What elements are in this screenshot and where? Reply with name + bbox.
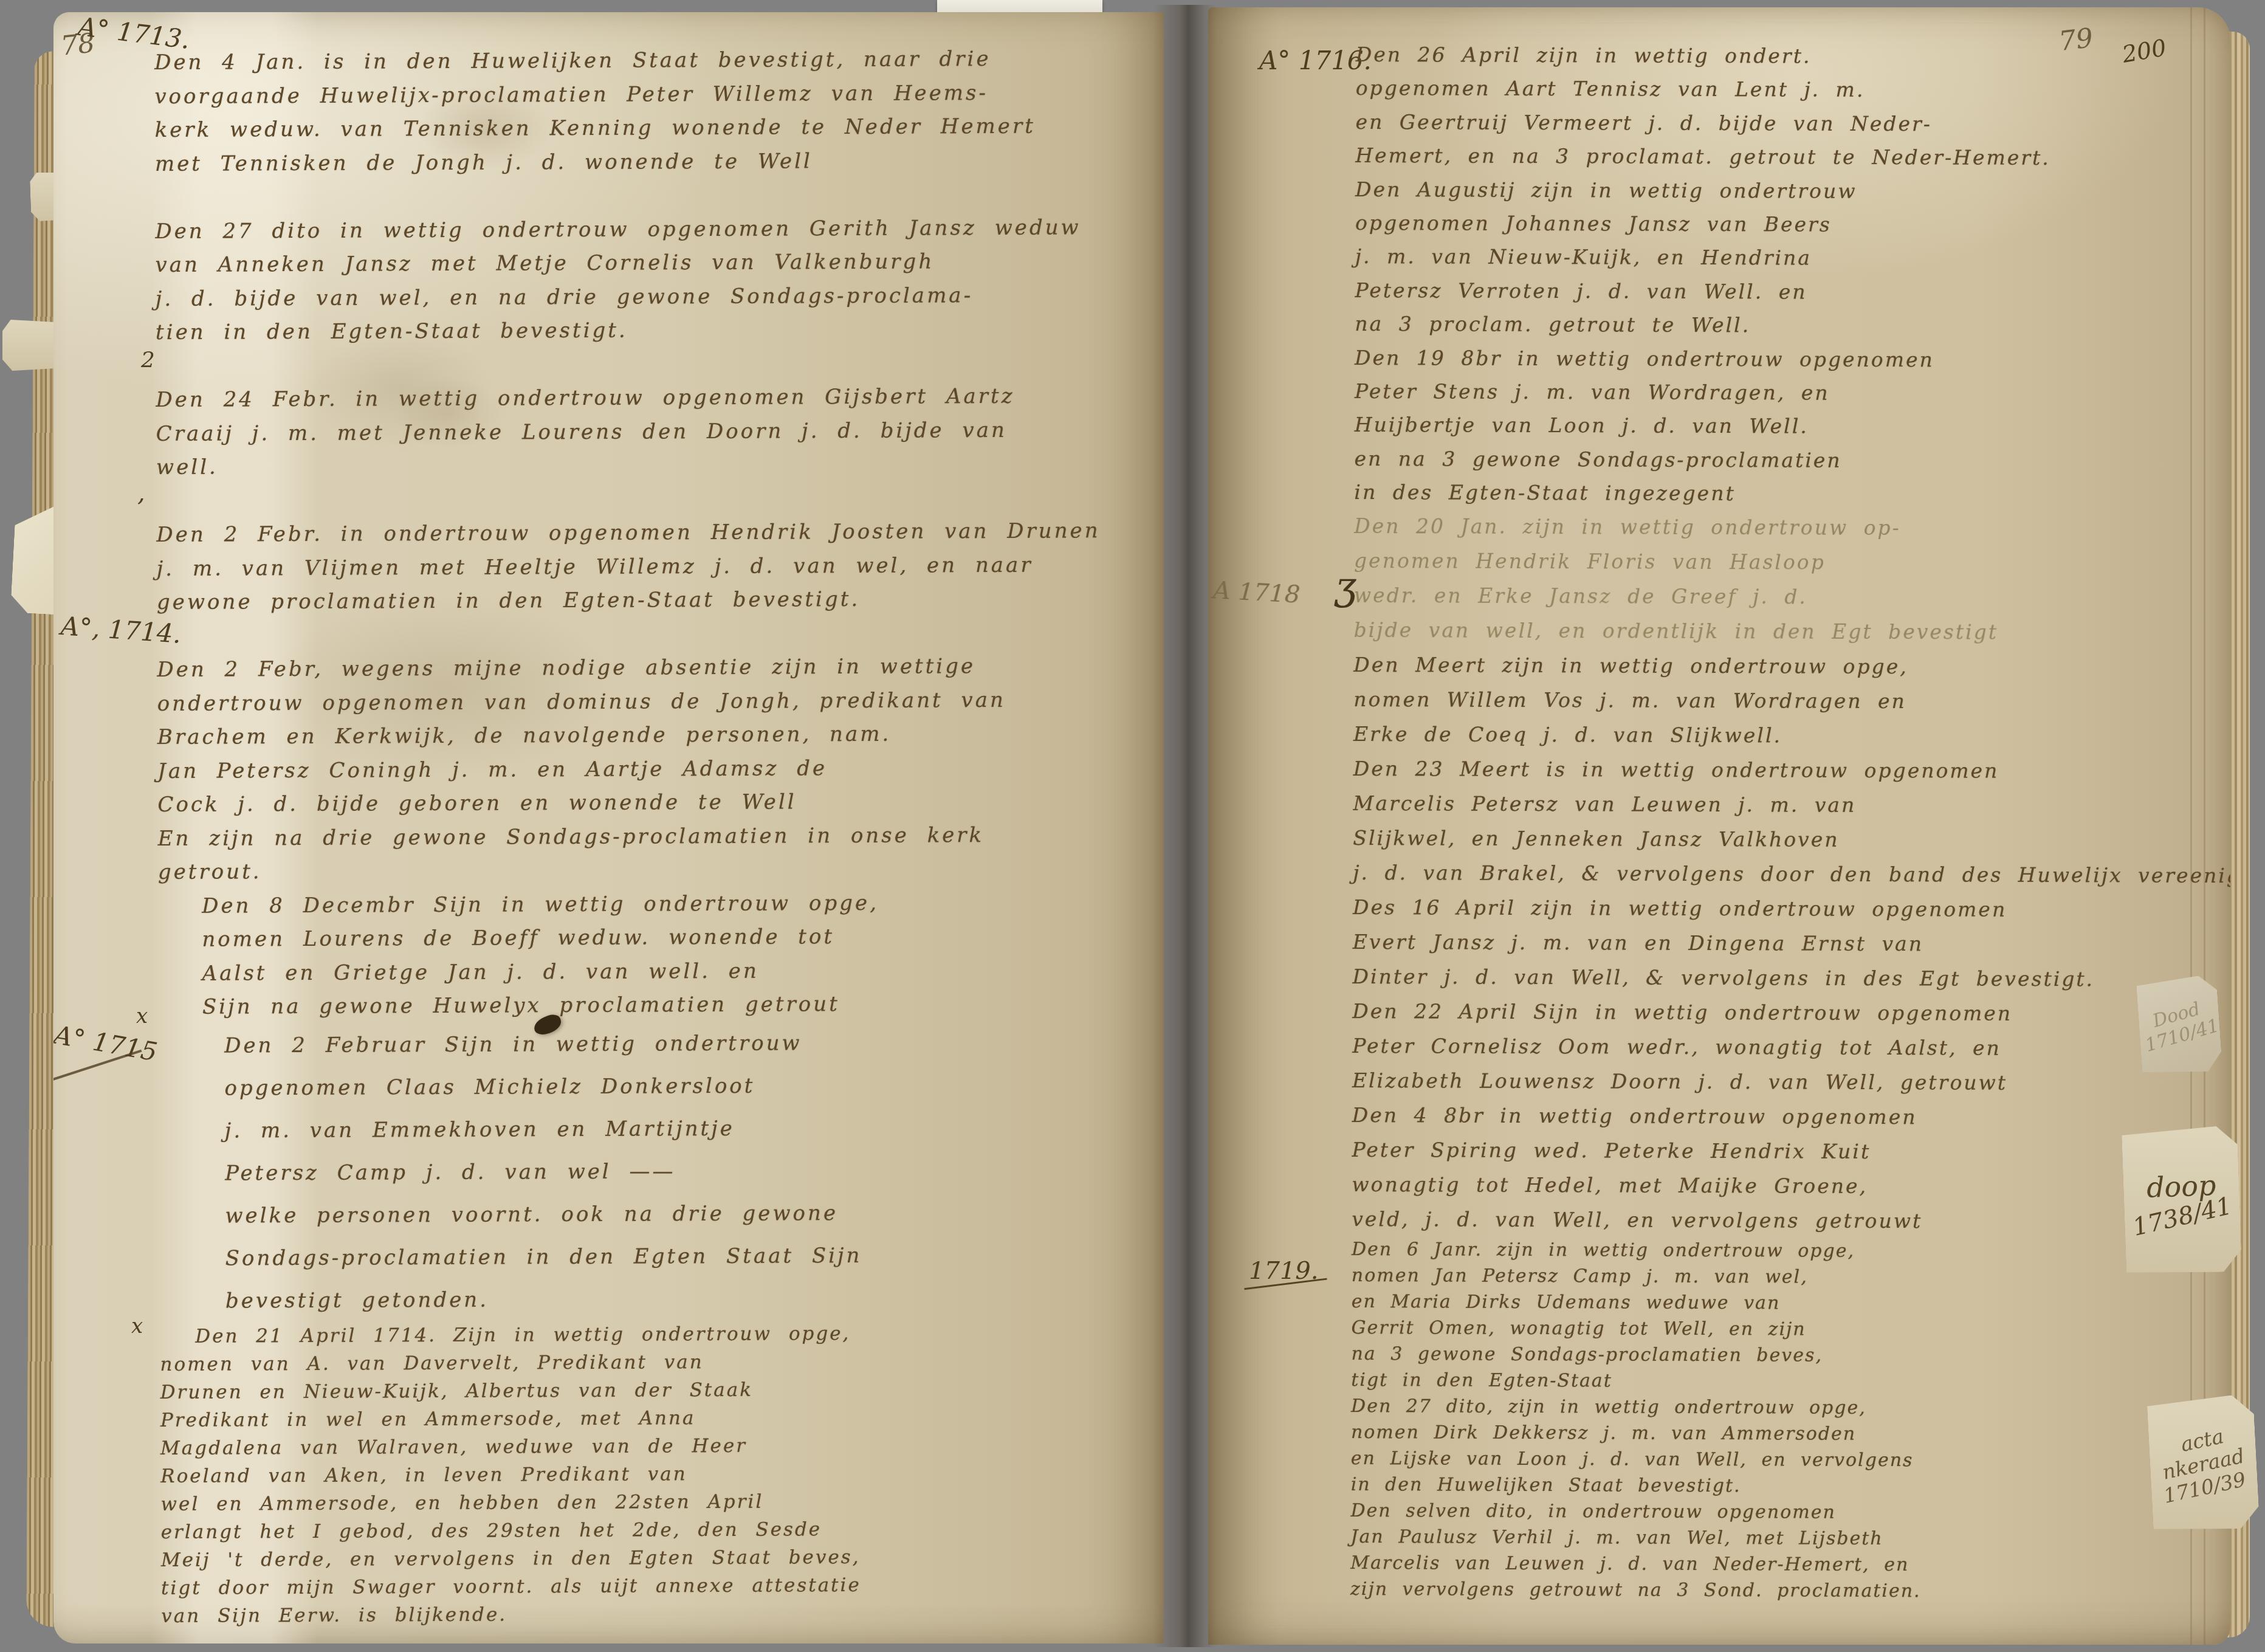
x-mark: x xyxy=(131,1314,143,1338)
manuscript-line: kerk weduw. van Tennisken Kenning wonend… xyxy=(154,109,1157,148)
manuscript-line: Petersz Verroten j. d. van Well. en xyxy=(1355,274,2224,310)
manuscript-line: Den 20 Jan. zijn in wettig ondertrouw op… xyxy=(1354,509,2223,546)
manuscript-line: wel en Ammersode, en hebben den 22sten A… xyxy=(160,1485,1163,1518)
manuscript-line: nomen Willem Vos j. m. van Wordragen en xyxy=(1353,682,2222,720)
register-tab-acta: acta nkeraad 1710/39 xyxy=(2146,1394,2260,1533)
right-page: A° 1716. 79 200 A 1718 ʒ 1719. Den 26 Ap… xyxy=(1208,7,2230,1645)
manuscript-line: Meij 't derde, en vervolgens in den Egte… xyxy=(161,1541,1164,1574)
manuscript-line: tien in den Egten-Staat bevestigt. xyxy=(156,312,1158,350)
comma-mark: , xyxy=(137,479,145,507)
manuscript-line: tigt in den Egten-Staat xyxy=(1351,1367,2220,1396)
manuscript-line: en Lijske van Loon j. d. van Well, en ve… xyxy=(1351,1445,2220,1475)
register-tab-doop: doop 1738/41 xyxy=(2122,1126,2242,1275)
manuscript-line: Marcelis Petersz van Leuwen j. m. van xyxy=(1353,786,2222,824)
manuscript-line: Den 4 8br in wettig ondertrouw opgenomen xyxy=(1352,1098,2221,1135)
tab-label: acta nkeraad 1710/39 xyxy=(2146,1394,2260,1533)
manuscript-line: Peter Cornelisz Oom wedr., wonagtig tot … xyxy=(1352,1028,2221,1066)
manuscript-line: opgenomen Aart Tennisz van Lent j. m. xyxy=(1356,71,2225,108)
manuscript-line: ondertrouw opgenomen van dominus de Jong… xyxy=(157,683,1160,721)
x-mark: x xyxy=(136,1004,148,1028)
manuscript-line xyxy=(155,177,1158,215)
manuscript-line: Aalst en Grietge Jan j. d. van well. en xyxy=(159,952,1161,991)
manuscript-line: Gerrit Omen, wonagtig tot Well, en zijn xyxy=(1352,1315,2221,1344)
open-register-book: 78 A° 1713. 2 , A°, 1714. x A° 1715 x De… xyxy=(0,0,2265,1652)
manuscript-line: in den Huwelijken Staat bevestigt. xyxy=(1351,1471,2220,1501)
manuscript-line: tigt door mijn Swager voornt. als uijt a… xyxy=(161,1569,1164,1602)
manuscript-line: voorgaande Huwelijx-proclamatien Peter W… xyxy=(154,75,1157,114)
manuscript-line: En zijn na drie gewone Sondags-proclamat… xyxy=(158,817,1161,856)
manuscript-line: Den 26 April zijn in wettig ondert. xyxy=(1356,38,2225,74)
manuscript-line: Brachem en Kerkwijk, de navolgende perso… xyxy=(157,717,1160,755)
manuscript-line: Den 8 Decembr Sijn in wettig ondertrouw … xyxy=(158,885,1161,923)
manuscript-line: j. d. bijde van wel, en na drie gewone S… xyxy=(156,278,1158,316)
manuscript-line: Hemert, en na 3 proclamat. getrout te Ne… xyxy=(1355,139,2224,175)
manuscript-line: Jan Paulusz Verhil j. m. van Wel, met Li… xyxy=(1350,1524,2219,1553)
manuscript-line xyxy=(156,345,1158,384)
manuscript-line: Den Augustij zijn in wettig ondertrouw xyxy=(1355,173,2224,209)
manuscript-line: Den 2 Febr. in ondertrouw opgenomen Hend… xyxy=(156,514,1159,552)
manuscript-line: Sijn na gewone Huwelyx proclamatien getr… xyxy=(159,986,1161,1025)
manuscript-line: Cock j. d. bijde geboren en wonende te W… xyxy=(157,784,1160,822)
screenshot-root: { "palette":{ "background":"#818181", "p… xyxy=(0,0,2265,1652)
manuscript-line: Dinter j. d. van Well, & vervolgens in d… xyxy=(1353,959,2222,997)
entry-number-mark: 2 xyxy=(141,348,155,373)
manuscript-line: erlangt het I gebod, des 29sten het 2de,… xyxy=(161,1513,1164,1546)
ink-flourish: ʒ xyxy=(1335,564,1356,609)
manuscript-line: Den 24 Febr. in wettig ondertrouw opgeno… xyxy=(156,379,1158,418)
manuscript-line xyxy=(156,480,1159,518)
manuscript-line: na 3 proclam. getrout te Well. xyxy=(1355,307,2224,343)
manuscript-line: nomen Jan Petersz Camp j. m. van wel, xyxy=(1352,1262,2221,1292)
manuscript-line: Den 23 Meert is in wettig ondertrouw opg… xyxy=(1353,751,2222,789)
manuscript-line: en Maria Dirks Udemans weduwe van xyxy=(1352,1289,2221,1318)
manuscript-line: j. d. van Brakel, & vervolgens door den … xyxy=(1353,855,2222,893)
manuscript-line: getrout. xyxy=(158,852,1161,890)
manuscript-line: veld, j. d. van Well, en vervolgens getr… xyxy=(1352,1202,2221,1239)
manuscript-line: Den Meert zijn in wettig ondertrouw opge… xyxy=(1353,647,2222,685)
manuscript-line: j. m. van Emmekhoven en Martijntje xyxy=(159,1105,1162,1152)
manuscript-line: Jan Petersz Coningh j. m. en Aartje Adam… xyxy=(157,750,1160,788)
manuscript-line: Erke de Coeq j. d. van Slijkwell. xyxy=(1353,717,2222,754)
register-tab-dood: Dood 1710/41 xyxy=(2136,975,2223,1076)
manuscript-line: in des Egten-Staat ingezegent xyxy=(1354,475,2223,512)
left-page: 78 A° 1713. 2 , A°, 1714. x A° 1715 x De… xyxy=(53,12,1164,1643)
manuscript-line: zijn vervolgens getrouwt na 3 Sond. proc… xyxy=(1350,1576,2219,1605)
manuscript-text-left: Den 4 Jan. is in den Huwelijken Staat be… xyxy=(154,42,1164,1630)
manuscript-line: nomen Lourens de Boeff weduw. wonende to… xyxy=(158,919,1161,957)
manuscript-line: na 3 gewone Sondags-proclamatien beves, xyxy=(1351,1341,2220,1370)
manuscript-line: Den 4 Jan. is in den Huwelijken Staat be… xyxy=(154,42,1157,80)
year-mark-1719: 1719. xyxy=(1249,1257,1319,1285)
manuscript-line: Peter Stens j. m. van Wordragen, en xyxy=(1355,374,2224,411)
manuscript-line: j. m. van Nieuw-Kuijk, en Hendrina xyxy=(1355,239,2224,276)
manuscript-line: bevestigt getonden. xyxy=(160,1275,1163,1322)
manuscript-line: en Geertruij Vermeert j. d. bijde van Ne… xyxy=(1355,105,2224,142)
manuscript-line: wedr. en Erke Jansz de Greef j. d. xyxy=(1354,578,2223,616)
manuscript-line: Magdalena van Walraven, weduwe van de He… xyxy=(160,1430,1163,1462)
manuscript-line: Evert Jansz j. m. van en Dingena Ernst v… xyxy=(1353,924,2222,962)
manuscript-line: van Sijn Eerw. is blijkende. xyxy=(161,1597,1164,1630)
manuscript-line: bijde van well, en ordentlijk in den Egt… xyxy=(1353,613,2222,650)
manuscript-line: Huijbertje van Loon j. d. van Well. xyxy=(1355,408,2224,444)
manuscript-line: met Tennisken de Jongh j. d. wonende te … xyxy=(155,143,1158,181)
manuscript-line: Den 6 Janr. zijn in wettig ondertrouw op… xyxy=(1352,1236,2221,1265)
manuscript-line: Des 16 April zijn in wettig ondertrouw o… xyxy=(1353,890,2222,928)
manuscript-line: Den 27 dito in wettig ondertrouw opgenom… xyxy=(155,210,1158,249)
manuscript-line: nomen van A. van Davervelt, Predikant va… xyxy=(160,1346,1163,1378)
manuscript-line: gewone proclamatien in den Egten-Staat b… xyxy=(157,582,1160,620)
manuscript-line: Petersz Camp j. d. van wel —— xyxy=(159,1148,1162,1194)
manuscript-line: genomen Hendrik Floris van Hasloop xyxy=(1354,543,2223,581)
manuscript-line: well. xyxy=(156,447,1159,485)
manuscript-line: en na 3 gewone Sondags-proclamatien xyxy=(1354,442,2223,478)
manuscript-line: Craaij j. m. met Jenneke Lourens den Doo… xyxy=(156,413,1159,451)
manuscript-line: Den 19 8br in wettig ondertrouw opgenome… xyxy=(1355,341,2224,377)
manuscript-line: Den 2 Febr, wegens mijne nodige absentie… xyxy=(157,649,1160,687)
manuscript-line: welke personen voornt. ook na drie gewon… xyxy=(159,1190,1162,1237)
manuscript-line: Den 22 April Sijn in wettig ondertrouw o… xyxy=(1352,994,2221,1031)
manuscript-line: j. m. van Vlijmen met Heeltje Willemz j.… xyxy=(157,548,1160,586)
manuscript-line: nomen Dirk Dekkersz j. m. van Ammersoden xyxy=(1351,1419,2220,1448)
manuscript-line: Roeland van Aken, in leven Predikant van xyxy=(160,1458,1163,1490)
manuscript-line xyxy=(157,615,1160,653)
manuscript-line: opgenomen Claas Michielz Donkersloot xyxy=(159,1062,1161,1109)
manuscript-line: Marcelis van Leuwen j. d. van Neder-Heme… xyxy=(1350,1550,2219,1579)
manuscript-line: Peter Spiring wed. Peterke Hendrix Kuit xyxy=(1352,1132,2221,1170)
year-mark-1718: A 1718 xyxy=(1212,576,1301,608)
manuscript-line: Den selven dito, in ondertrouw opgenomen xyxy=(1350,1498,2219,1527)
manuscript-line: Den 21 April 1714. Zijn in wettig ondert… xyxy=(160,1318,1163,1350)
year-mark-1716: A° 1716. xyxy=(1259,46,1372,75)
manuscript-line: opgenomen Johannes Jansz van Beers xyxy=(1355,206,2224,243)
manuscript-line: Den 27 dito, zijn in wettig ondertrouw o… xyxy=(1351,1393,2220,1422)
manuscript-text-right: Den 26 April zijn in wettig ondert.opgen… xyxy=(1350,38,2225,1605)
manuscript-line: Drunen en Nieuw-Kuijk, Albertus van der … xyxy=(160,1374,1163,1406)
manuscript-line: Den 2 Februar Sijn in wettig ondertrouw xyxy=(159,1020,1161,1067)
manuscript-line: Sondags-proclamatien in den Egten Staat … xyxy=(160,1233,1163,1279)
manuscript-line: Predikant in wel en Ammersode, met Anna xyxy=(160,1402,1163,1434)
manuscript-line: Slijkwel, en Jenneken Jansz Valkhoven xyxy=(1353,821,2222,858)
manuscript-line: Elizabeth Louwensz Doorn j. d. van Well,… xyxy=(1352,1063,2221,1101)
manuscript-line: van Anneken Jansz met Metje Cornelis van… xyxy=(155,244,1158,283)
manuscript-line: wonagtig tot Hedel, met Maijke Groene, xyxy=(1352,1167,2221,1205)
tab-label: doop 1738/41 xyxy=(2122,1126,2242,1275)
